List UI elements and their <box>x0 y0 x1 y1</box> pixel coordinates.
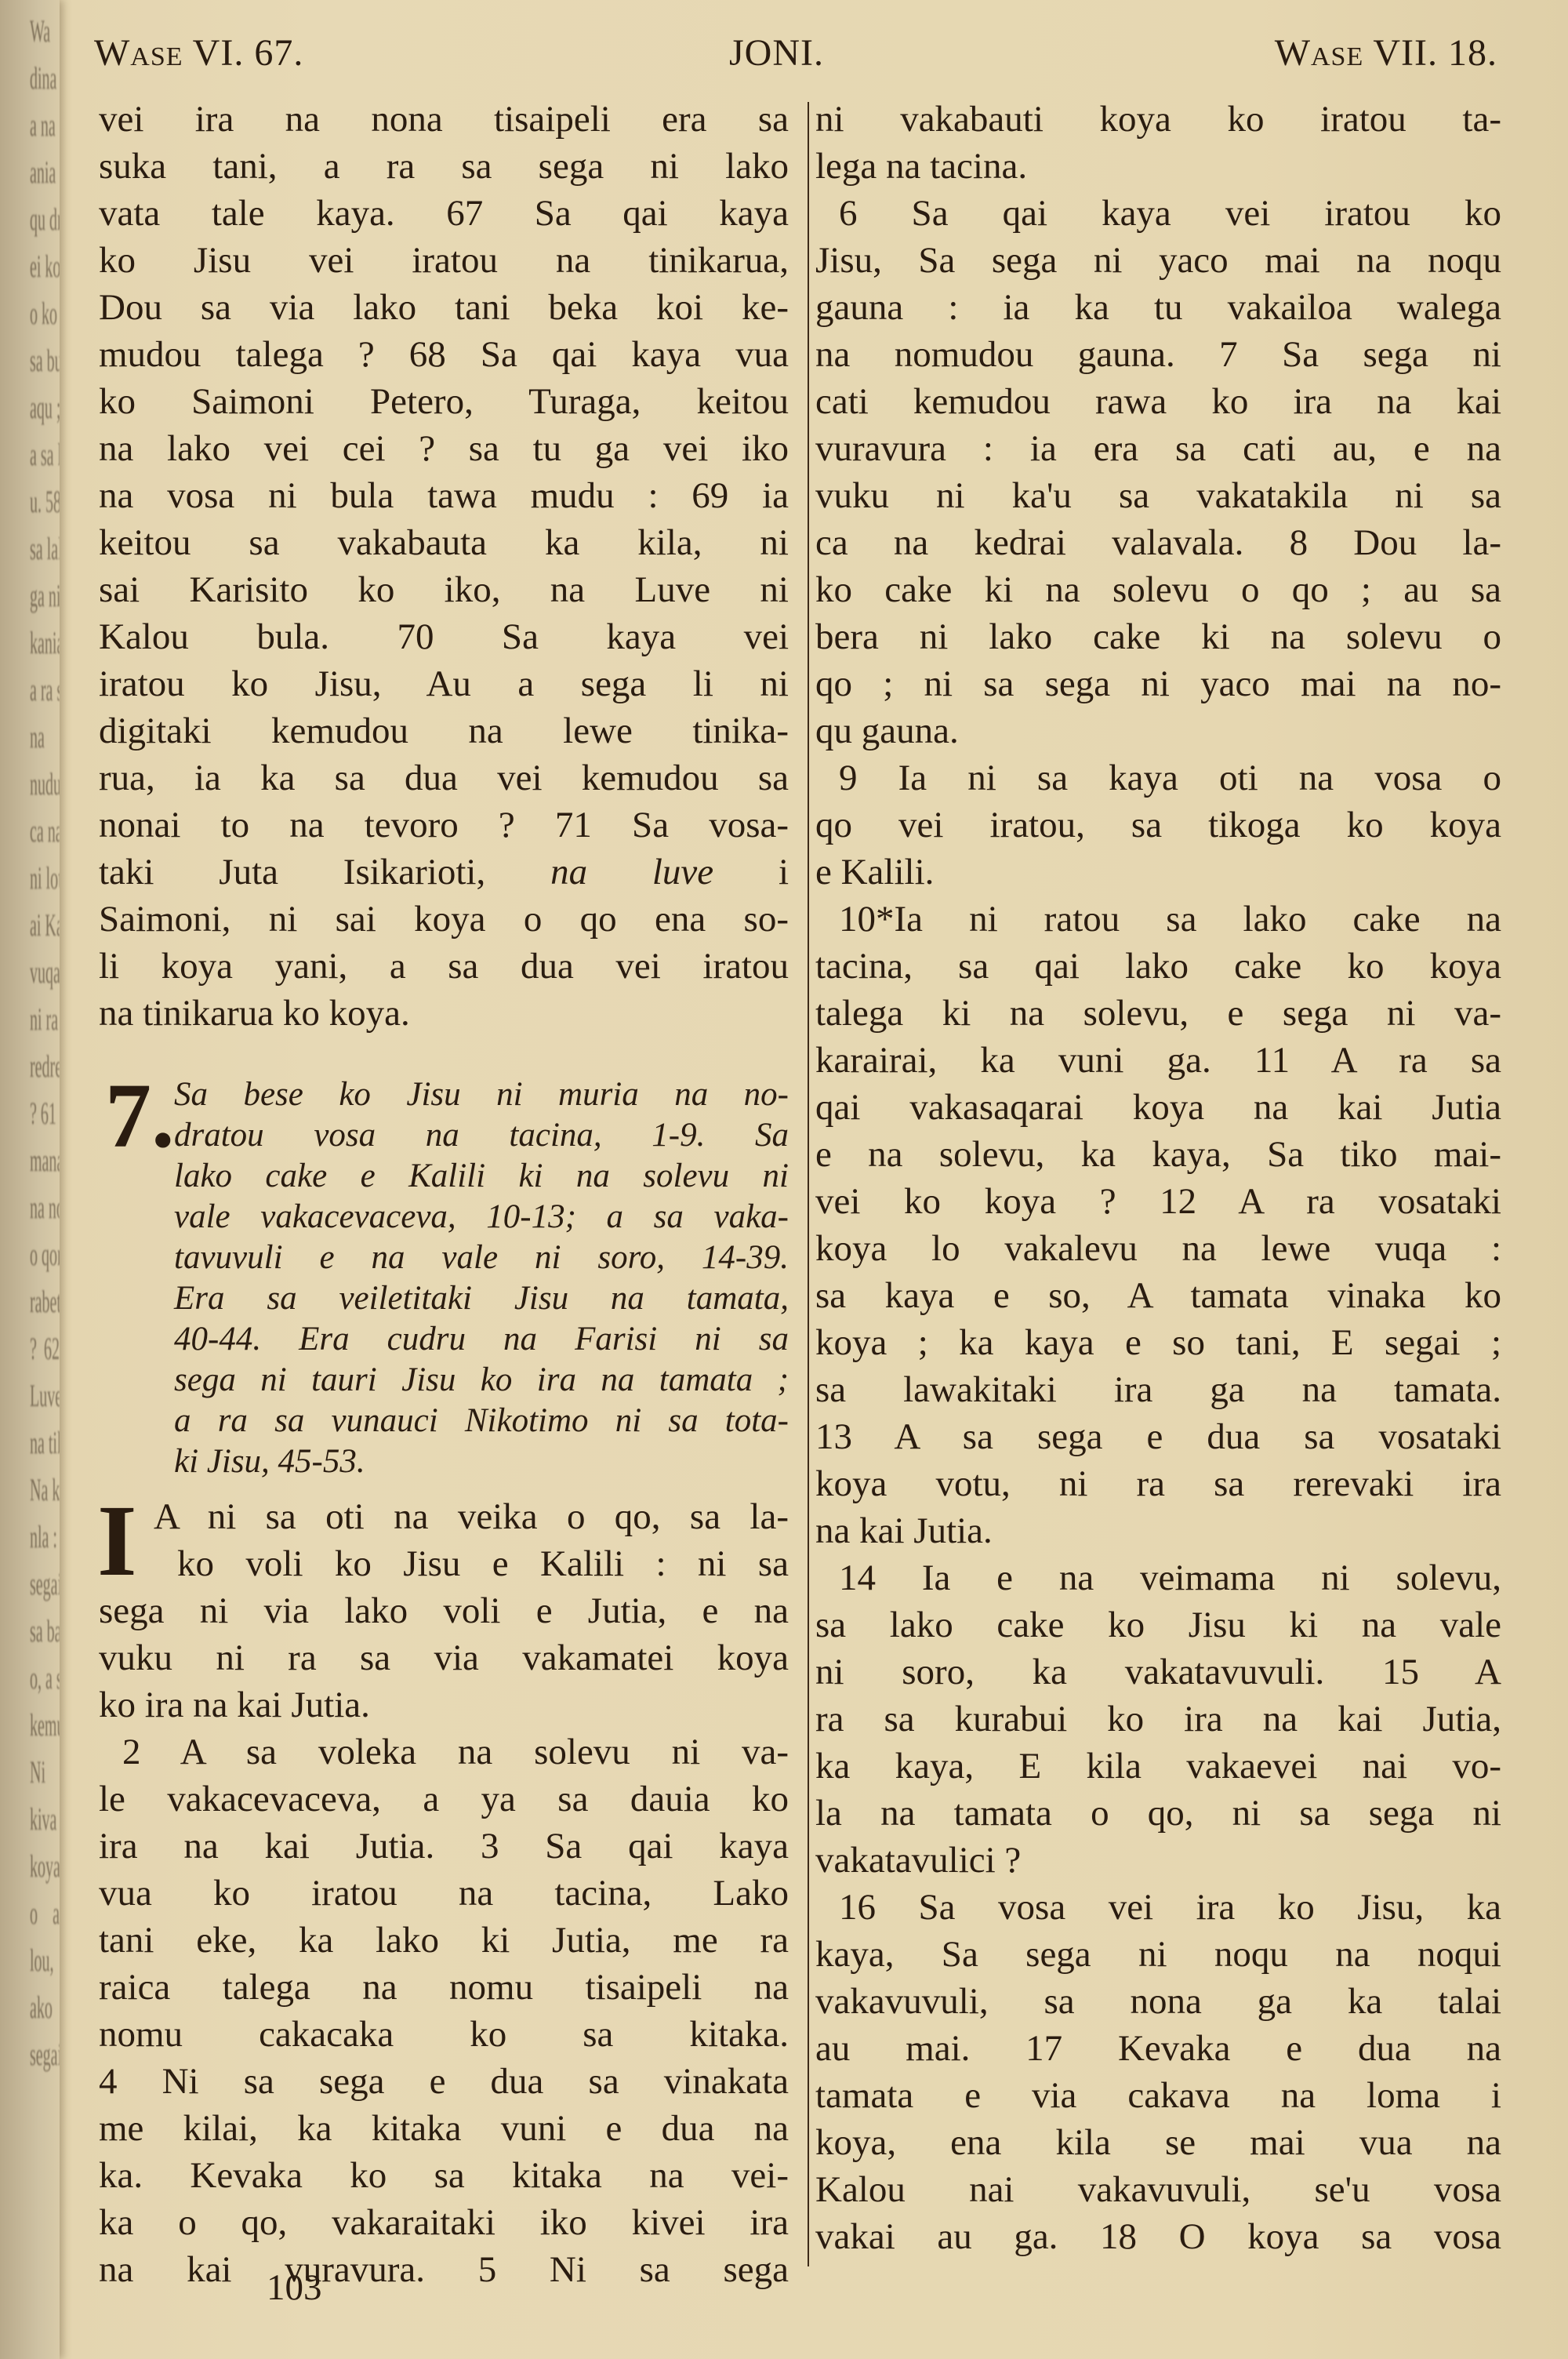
text-line: ai Kap <box>30 902 60 949</box>
text-line: me kilai, ka kitaka vuni e dua na <box>99 2105 789 2152</box>
text-line: Kalou bula. 70 Sa kaya vei <box>99 613 789 660</box>
text-line: sa lak <box>30 525 60 572</box>
text-line: tamata e via cakava na loma i <box>815 2072 1501 2119</box>
text-line: a sa k <box>30 431 60 478</box>
text-line: ko ira na kai Jutia. <box>99 1681 789 1728</box>
text-line: ni soro, ka vakatavuvuli. 15 A <box>815 1648 1501 1696</box>
page-number: 103 <box>267 2266 322 2309</box>
text-line: qu dr <box>30 196 60 243</box>
text-line: ? 61 h <box>30 1090 60 1137</box>
header-right-reference: Wase VII. 18. <box>1275 31 1497 75</box>
text-line: ko Saimoni Petero, Turaga, keitou <box>99 378 789 425</box>
text-line: koya votu, ni ra sa rerevaki ira <box>815 1460 1501 1507</box>
text-line: vakavuvuli, sa nona ga ka talai <box>815 1978 1501 2025</box>
text-line: ni ra r <box>30 996 60 1043</box>
text-line: na tinikarua ko koya. <box>99 990 789 1037</box>
text-line: koya lo vakalevu na lewe vuqa : <box>815 1225 1501 1272</box>
text-line: Wa <box>30 8 60 55</box>
text-line: Na ko <box>30 1467 60 1514</box>
text-line: kania <box>30 620 60 667</box>
text-line: sa ba <box>30 1608 60 1655</box>
text-line: Era sa veiletitaki Jisu na tamata, <box>174 1278 789 1319</box>
text-line: suka tani, a ra sa sega ni lako <box>99 143 789 190</box>
verse-14-paragraph: 14 Ia e na veimama ni solevu,sa lako cak… <box>815 1554 1501 1884</box>
text-line: Jisu, Sa sega ni yaco mai na noqu <box>815 237 1501 284</box>
text-line: lou, <box>30 1937 60 1984</box>
text-line: segai <box>30 2031 60 2078</box>
text-line: u. 58 <box>30 478 60 525</box>
text-line: digitaki kemudou na lewe tinika- <box>99 707 789 754</box>
text-line: li koya yani, a sa dua vei iratou <box>99 943 789 990</box>
text-line: redre o <box>30 1043 60 1090</box>
text-line: Kalou nai vakavuvuli, se'u vosa <box>815 2166 1501 2213</box>
text-line: Luve n <box>30 1372 60 1419</box>
text-line: ki Jisu, 45-53. <box>174 1441 789 1482</box>
text-line: vuku ni ra sa via vakamatei koya <box>99 1634 789 1681</box>
text-line: ko cake ki na solevu o qo ; au sa <box>815 566 1501 613</box>
text-line: vakatavulici ? <box>815 1837 1501 1884</box>
text-line: vei ira na nona tisaipeli era sa <box>99 96 789 143</box>
text-line: e Kalili. <box>815 849 1501 896</box>
text-line: raica talega na nomu tisaipeli na <box>99 1964 789 2011</box>
text-line: tacina, sa qai lako cake ko koya <box>815 943 1501 990</box>
text-line: na nomudou gauna. 7 Sa sega ni <box>815 331 1501 378</box>
text-line: dina na <box>30 55 60 102</box>
text-line: sa bul <box>30 337 60 384</box>
text-line: vua ko iratou na tacina, Lako <box>99 1870 789 1917</box>
text-line: ira na kai Jutia. 3 Sa qai kaya <box>99 1823 789 1870</box>
text-line: koya, ena kila se mai vua na <box>815 2119 1501 2166</box>
header-left-reference: Wase VI. 67. <box>94 31 303 75</box>
text-line: ko voli ko Jisu e Kalili : ni sa <box>154 1540 789 1587</box>
header-book-title: JONI. <box>729 31 824 75</box>
text-line: 40-44. Era cudru na Farisi ni sa <box>174 1319 789 1360</box>
text-line: koya ; ka kaya e so tani, E segai ; <box>815 1319 1501 1366</box>
text-line: o a <box>30 1890 60 1937</box>
text-line: vei ko koya ? 12 A ra vosataki <box>815 1178 1501 1225</box>
text-line: iratou ko Jisu, Au a sega li ni <box>99 660 789 707</box>
text-line: kaya, Sa sega ni noqu na noqui <box>815 1931 1501 1978</box>
text-line: ania sa <box>30 149 60 196</box>
text-line: 6 Sa qai kaya vei iratou ko <box>815 190 1501 237</box>
text-line: la na tamata o qo, ni sa sega ni <box>815 1790 1501 1837</box>
left-text-column: vei ira na nona tisaipeli era sasuka tan… <box>99 96 789 2293</box>
text-line: taki Juta Isikarioti, na luve i <box>99 849 789 896</box>
text-line: ka. Kevaka ko sa kitaka na vei- <box>99 2152 789 2199</box>
text-line: 9 Ia ni sa kaya oti na vosa o <box>815 754 1501 801</box>
text-line: aqu ; s <box>30 384 60 431</box>
text-line: 13 A sa sega e dua sa vosataki <box>815 1413 1501 1460</box>
text-line: cati kemudou rawa ko ira na kai <box>815 378 1501 425</box>
text-line: o qori, <box>30 1231 60 1278</box>
chapter-7-opening: I A ni sa oti na veika o qo, sa la-ko vo… <box>99 1493 789 1587</box>
text-line: kiva <box>30 1796 60 1843</box>
text-line: vale vakacevaceva, 10-13; a sa vaka- <box>174 1197 789 1238</box>
verse-16-paragraph: 16 Sa vosa vei ira ko Jisu, kakaya, Sa s… <box>815 1884 1501 2260</box>
italic-phrase: na luve <box>550 852 713 892</box>
text-line: qai vakasaqarai koya na kai Jutia <box>815 1084 1501 1131</box>
running-header: Wase VI. 67. JONI. Wase VII. 18. <box>94 31 1497 86</box>
text-line: au mai. 17 Kevaka e dua na <box>815 2025 1501 2072</box>
verse-9-paragraph: 9 Ia ni sa kaya oti na vosa oqo vei irat… <box>815 754 1501 896</box>
text-line: sa lawakitaki ira ga na tamata. <box>815 1366 1501 1413</box>
text-line: vuqa <box>30 949 60 996</box>
text-line: 4 Ni sa sega e dua sa vinakata <box>99 2058 789 2105</box>
chapter-7-summary: 7. Sa bese ko Jisu ni muria na no-dratou… <box>99 1074 789 1482</box>
text-line: ra sa kurabui ko ira na kai Jutia, <box>815 1696 1501 1743</box>
text-line: sai Karisito ko iko, na Luve ni <box>99 566 789 613</box>
text-line: na vosa ni bula tawa mudu : 69 ia <box>99 472 789 519</box>
text-line: na non <box>30 1184 60 1231</box>
text-line: a ra s <box>30 667 60 714</box>
text-line: 14 Ia e na veimama ni solevu, <box>815 1554 1501 1601</box>
text-line: ni lotu <box>30 855 60 902</box>
right-text-column: ni vakabauti koya ko iratou ta-lega na t… <box>815 96 1501 2260</box>
text-line: mudou talega ? 68 Sa qai kaya vua <box>99 331 789 378</box>
text-line: ca na v <box>30 808 60 855</box>
verse-6-paragraph: 6 Sa qai kaya vei iratou koJisu, Sa sega… <box>815 190 1501 754</box>
drop-cap-letter: I <box>97 1496 137 1586</box>
text-line: ako <box>30 1984 60 2031</box>
text-line: lega na tacina. <box>815 143 1501 190</box>
text-line: 16 Sa vosa vei ira ko Jisu, ka <box>815 1884 1501 1931</box>
text-line: tavuvuli e na vale ni soro, 14-39. <box>174 1238 789 1278</box>
text-line: bera ni lako cake ki na solevu o <box>815 613 1501 660</box>
text-line: vuravura : ia era sa cati au, e na <box>815 425 1501 472</box>
text-line: nonai to na tevoro ? 71 Sa vosa- <box>99 801 789 849</box>
text-line: qo vei iratou, sa tikoga ko koya <box>815 801 1501 849</box>
text-line: ka o qo, vakaraitaki iko kivei ira <box>99 2199 789 2246</box>
text-line: talega ki na solevu, e sega ni va- <box>815 990 1501 1037</box>
text-line: 10*Ia ni ratou sa lako cake na <box>815 896 1501 943</box>
text-line: sega ni tauri Jisu ko ira na tamata ; <box>174 1360 789 1401</box>
text-line: o, a s <box>30 1655 60 1702</box>
text-line: ko Jisu vei iratou na tinikarua, <box>99 237 789 284</box>
text-line: qo ; ni sa sega ni yaco mai na no- <box>815 660 1501 707</box>
verse-2-paragraph: 2 A sa voleka na solevu ni va-le vakacev… <box>99 1728 789 2293</box>
text-line: kemudo <box>30 1702 60 1749</box>
text-line: 2 A sa voleka na solevu ni va- <box>99 1728 789 1776</box>
text-line: vata tale kaya. 67 Sa qai kaya <box>99 190 789 237</box>
text-line: ei koy <box>30 243 60 290</box>
text-line: ca na kedrai valavala. 8 Dou la- <box>815 519 1501 566</box>
text-line: koya <box>30 1843 60 1890</box>
text-line: tani eke, ka lako ki Jutia, me ra <box>99 1917 789 1964</box>
text-line: Saimoni, ni sai koya o qo ena so- <box>99 896 789 943</box>
text-line: ga ni <box>30 572 60 620</box>
text-line: Sa bese ko Jisu ni muria na no- <box>174 1074 789 1115</box>
text-line: nla : 5 <box>30 1514 60 1561</box>
text-line: Ni <box>30 1749 60 1796</box>
text-line: na lako vei cei ? sa tu ga vei iko <box>99 425 789 472</box>
text-line: ka kaya, E kila vakaevei nai vo- <box>815 1743 1501 1790</box>
chapter-6-ending: vei ira na nona tisaipeli era sasuka tan… <box>99 96 789 849</box>
text-line: e na solevu, ka kaya, Sa tiko mai- <box>815 1131 1501 1178</box>
text-line: vuku ni ka'u sa vakatakila ni sa <box>815 472 1501 519</box>
text-line: sega ni via lako voli e Jutia, e na <box>99 1587 789 1634</box>
column-divider <box>808 102 809 2266</box>
text-line: sa kaya e so, A tamata vinaka ko <box>815 1272 1501 1319</box>
text-line: a ra sa vunauci Nikotimo ni sa tota- <box>174 1401 789 1441</box>
text-line: sa lako cake ko Jisu ki na vale <box>815 1601 1501 1648</box>
text-line: rabeta <box>30 1278 60 1325</box>
text-line: le vakacevaceva, a ya sa dauia ko <box>99 1776 789 1823</box>
text-line: na tik <box>30 1419 60 1467</box>
text-line: o ko T <box>30 290 60 337</box>
text-line: ni vakabauti koya ko iratou ta- <box>815 96 1501 143</box>
text-line: gauna : ia ka tu vakailoa walega <box>815 284 1501 331</box>
adjacent-page-edge: Wadina naa na uania saqu drei koyo ko Ts… <box>0 0 60 2359</box>
text-line: nudu <box>30 761 60 808</box>
text-line: lako cake e Kalili ki na solevu ni <box>174 1156 789 1197</box>
text-line: na <box>30 714 60 761</box>
chapter-number: 7. <box>105 1070 175 1162</box>
text-line: nomu cakacaka ko sa kitaka. <box>99 2011 789 2058</box>
text-line: na kai vuravura. 5 Ni sa sega <box>99 2246 789 2293</box>
text-line: A ni sa oti na veika o qo, sa la- <box>154 1493 789 1540</box>
text-line: Dou sa via lako tani beka koi ke- <box>99 284 789 331</box>
text-line: karairai, ka vuni ga. 11 A ra sa <box>815 1037 1501 1084</box>
text-line: na kai Jutia. <box>815 1507 1501 1554</box>
verse-10-paragraph: 10*Ia ni ratou sa lako cake natacina, sa… <box>815 896 1501 1554</box>
text-line: qu gauna. <box>815 707 1501 754</box>
text-line: dratou vosa na tacina, 1-9. Sa <box>174 1115 789 1156</box>
text-line: ? 62 <box>30 1325 60 1372</box>
text-line: a na u <box>30 102 60 149</box>
text-line: mana, <box>30 1137 60 1184</box>
text-line: segai <box>30 1561 60 1608</box>
text-line: rua, ia ka sa dua vei kemudou sa <box>99 754 789 801</box>
text-line: keitou sa vakabauta ka kila, ni <box>99 519 789 566</box>
text-line: vakai au ga. 18 O koya sa vosa <box>815 2213 1501 2260</box>
